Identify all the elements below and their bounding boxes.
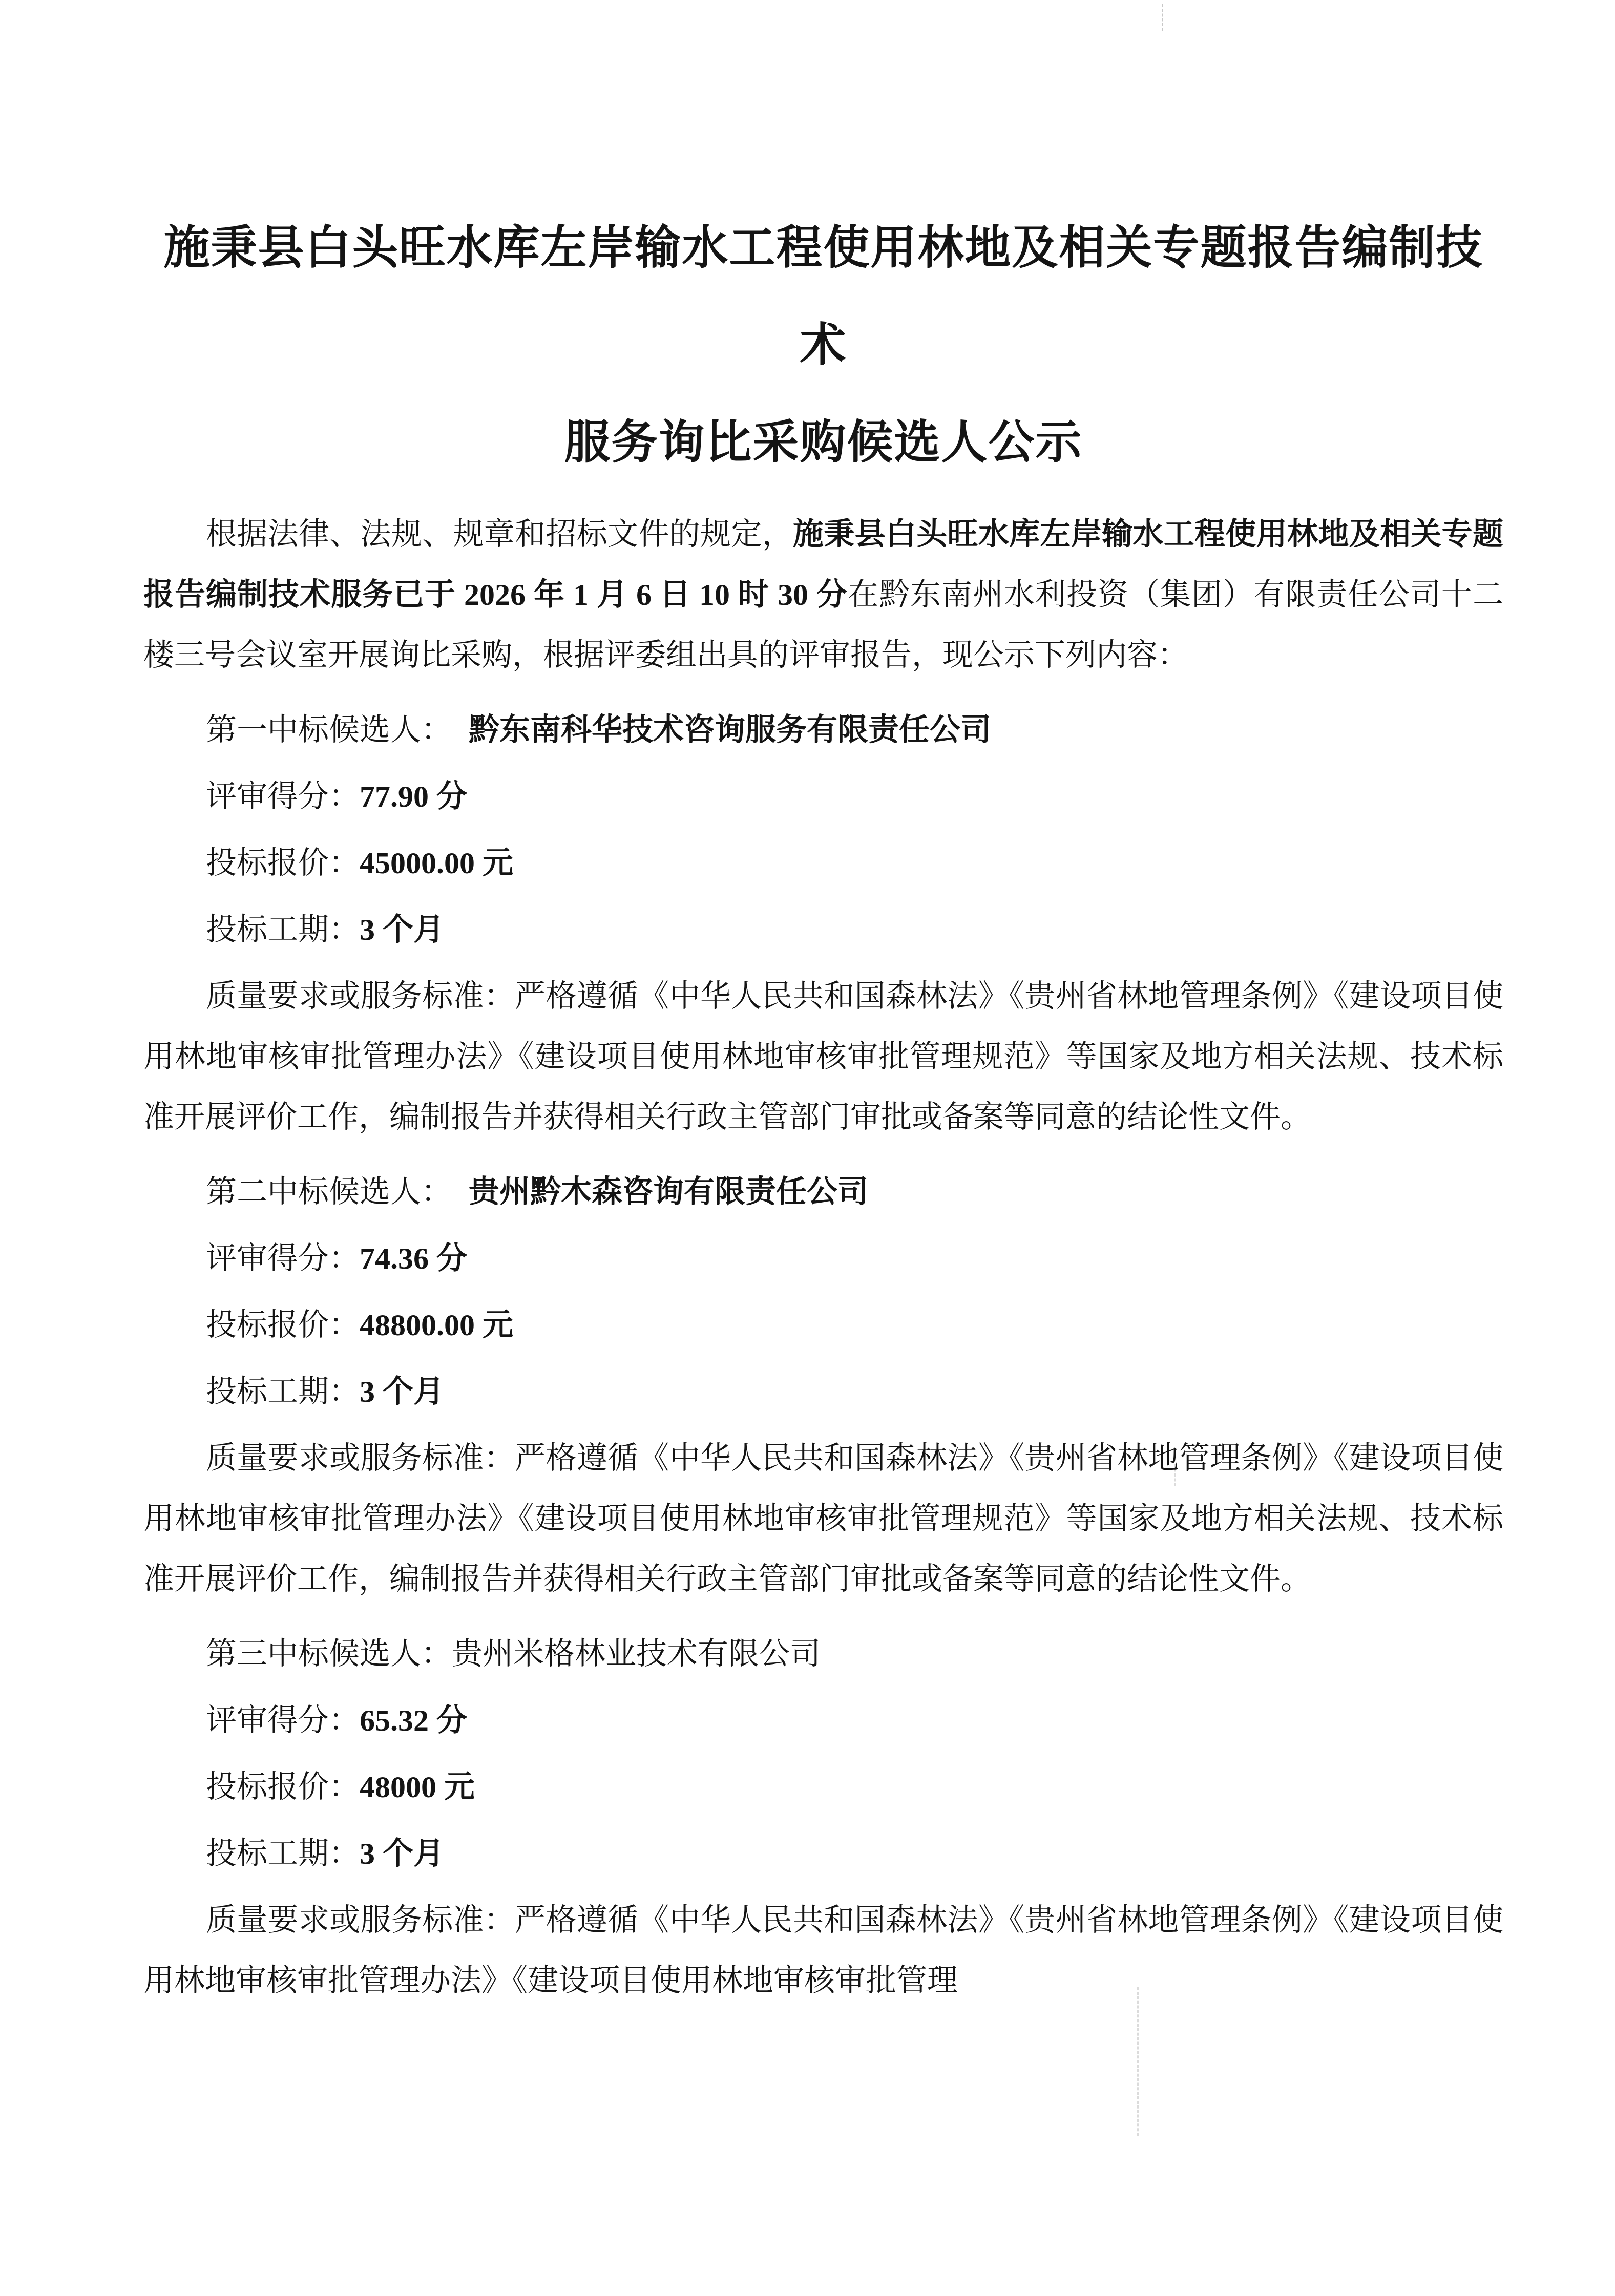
candidate-3-price-line: 投标报价：48000 元 xyxy=(143,1757,1503,1817)
candidate-2-score-value: 74.36 分 xyxy=(360,1241,467,1275)
candidate-3-score-label: 评审得分： xyxy=(206,1703,360,1737)
candidate-3-price-value: 48000 元 xyxy=(360,1770,475,1804)
intro-text-regular: 根据法律、法规、规章和招标文件的规定， xyxy=(206,517,793,551)
candidate-1-quality-paragraph: 质量要求或服务标准：严格遵循《中华人民共和国森林法》《贵州省林地管理条例》《建设… xyxy=(143,966,1503,1147)
document-title: 施秉县白头旺水库左岸输水工程使用林地及相关专题报告编制技术 服务询比采购候选人公… xyxy=(143,200,1503,492)
candidate-3-duration-label: 投标工期： xyxy=(206,1837,360,1870)
candidate-1-rank-line: 第一中标候选人：黔东南科华技术咨询服务有限责任公司 xyxy=(143,700,1503,760)
candidate-1-score-value: 77.90 分 xyxy=(360,780,467,813)
candidate-2-company-name: 贵州黔木森咨询有限责任公司 xyxy=(469,1175,868,1209)
candidate-3-rank-label: 第三中标候选人： xyxy=(206,1637,452,1671)
candidate-3-duration-value: 3 个月 xyxy=(360,1837,444,1870)
candidate-1-company-name: 黔东南科华技术咨询服务有限责任公司 xyxy=(469,713,991,747)
candidate-1-duration-line: 投标工期：3 个月 xyxy=(143,899,1503,960)
candidate-2-duration-line: 投标工期：3 个月 xyxy=(143,1361,1503,1422)
candidate-1-score-line: 评审得分：77.90 分 xyxy=(143,766,1503,827)
candidate-3-duration-line: 投标工期：3 个月 xyxy=(143,1823,1503,1884)
candidate-3-price-label: 投标报价： xyxy=(206,1770,360,1804)
candidate-3-score-line: 评审得分：65.32 分 xyxy=(143,1690,1503,1751)
candidate-2-price-value: 48800.00 元 xyxy=(360,1308,513,1342)
candidate-2-price-line: 投标报价：48800.00 元 xyxy=(143,1295,1503,1355)
candidate-2-quality-paragraph: 质量要求或服务标准：严格遵循《中华人民共和国森林法》《贵州省林地管理条例》《建设… xyxy=(143,1428,1503,1609)
candidate-1-price-line: 投标报价：45000.00 元 xyxy=(143,833,1503,893)
document-title-line-2: 服务询比采购候选人公示 xyxy=(564,417,1083,468)
candidate-2-score-line: 评审得分：74.36 分 xyxy=(143,1228,1503,1289)
candidate-2-rank-line: 第二中标候选人：贵州黔木森咨询有限责任公司 xyxy=(143,1162,1503,1222)
intro-paragraph: 根据法律、法规、规章和招标文件的规定，施秉县白头旺水库左岸输水工程使用林地及相关… xyxy=(143,504,1503,685)
scan-artifact-line xyxy=(1162,4,1163,31)
candidate-2-score-label: 评审得分： xyxy=(206,1241,360,1275)
candidate-1-duration-label: 投标工期： xyxy=(206,913,360,946)
candidate-1-price-value: 45000.00 元 xyxy=(360,846,513,880)
candidate-2-price-label: 投标报价： xyxy=(206,1308,360,1342)
candidate-3-company-name: 贵州米格林业技术有限公司 xyxy=(452,1637,821,1671)
candidate-1-duration-value: 3 个月 xyxy=(360,913,444,946)
document-body: 施秉县白头旺水库左岸输水工程使用林地及相关专题报告编制技术 服务询比采购候选人公… xyxy=(143,200,1503,2017)
candidate-2-duration-value: 3 个月 xyxy=(360,1375,444,1408)
scanned-document-page: 施秉县白头旺水库左岸输水工程使用林地及相关专题报告编制技术 服务询比采购候选人公… xyxy=(0,0,1615,2296)
candidate-1-price-label: 投标报价： xyxy=(206,846,360,880)
candidate-2-rank-label: 第二中标候选人： xyxy=(206,1175,452,1209)
candidate-3-quality-paragraph-truncated: 质量要求或服务标准：严格遵循《中华人民共和国森林法》《贵州省林地管理条例》《建设… xyxy=(143,1890,1503,2011)
candidate-1-rank-label: 第一中标候选人： xyxy=(206,713,452,747)
candidate-3-rank-line: 第三中标候选人：贵州米格林业技术有限公司 xyxy=(143,1624,1503,1684)
candidate-1-score-label: 评审得分： xyxy=(206,780,360,813)
document-title-line-1: 施秉县白头旺水库左岸输水工程使用林地及相关专题报告编制技术 xyxy=(164,223,1483,371)
candidate-2-duration-label: 投标工期： xyxy=(206,1375,360,1408)
candidate-3-score-value: 65.32 分 xyxy=(360,1703,467,1737)
